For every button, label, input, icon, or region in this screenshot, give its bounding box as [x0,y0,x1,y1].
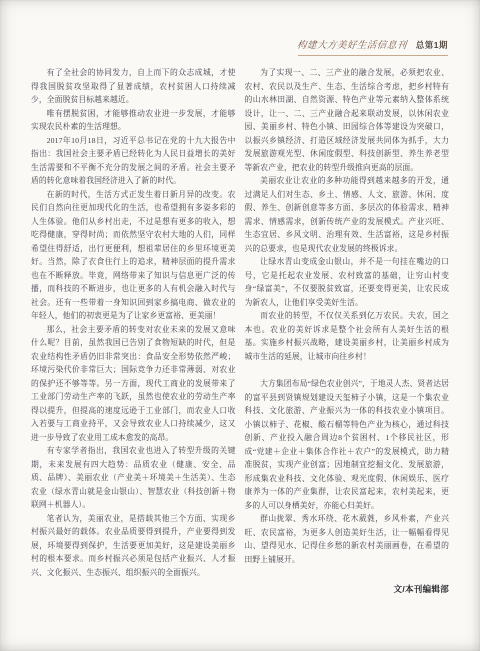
paragraph: 2017年10月18日，习近平总书记在党的十九大报告中指出：我国社会主要矛盾已经… [31,134,236,188]
paragraph: 美丽农业让农业的多种功能得到越来越多的开发，通过满足人们对生态、乡土、情感、人文… [245,174,450,255]
right-column: 为了实现一、二、三产业的融合发展，必须把农业、农村、农民以及生产、生态、生活综合… [245,66,450,641]
issue-number: 总第1期 [416,39,448,51]
paragraph: 笔者认为，美丽农业，是搭载其他三个方面、实现乡村振兴最好的载体。农业品质要得到提… [31,512,236,580]
paragraph: 有专家学者指出，我国农业也进入了转型升级的关键期，未来发展有四大趋势：品质农业（… [31,444,236,512]
scanned-magazine-page: 构建大方美好生活信息刊 总第1期 有了全社会的协同发力，自上而下的众志成城，才使… [0,0,480,651]
paragraph: 唯有摆脱贫困，才能够推动农业进一步发展，才能够实现农民朴素的生活理想。 [31,107,236,134]
masthead-title: 构建大方美好生活信息刊 [296,37,407,51]
article-body: 有了全社会的协同发力，自上而下的众志成城，才使得我国脱贫攻坚取得了显著成绩，农村… [31,66,449,641]
paragraph: 而农业的转型，不仅仅关系到亿万农民。夫农，国之本也。农业的美好诉求是整个社会所有… [245,309,450,363]
paragraph: 群山拢翠、秀水环绕、花木葳蕤，乡风朴素，产业兴旺、农民富裕，为更多人创造美好生活… [245,512,450,566]
paragraph: 有了全社会的协同发力，自上而下的众志成城，才使得我国脱贫攻坚取得了显著成绩，农村… [31,66,236,107]
editorial-signature: 文/本刊编辑部 [245,583,450,595]
left-column: 有了全社会的协同发力，自上而下的众志成城，才使得我国脱贫攻坚取得了显著成绩，农村… [31,66,236,641]
paragraph: 让绿水青山变成金山银山，并不是一句挂在嘴边的口号，它是托起农业发展、农村致富的基… [245,255,450,309]
paragraph: 在新的时代，生活方式正发生着日新月异的改变。农民们自然向往更加现代化的生活，也希… [31,188,236,323]
paragraph: 那么，社会主要矛盾的转变对农业未来的发展又意味什么呢？目前，虽然我国已告别了食物… [31,323,236,445]
paragraph: 为了实现一、二、三产业的融合发展，必须把农业、农村、农民以及生产、生态、生活综合… [245,66,450,174]
masthead-divider [298,55,448,56]
paragraph: 大方集团布局“绿色农业创兴”，于地灵人杰、贤者达居的富平县到贤镇规划建设天玺柿子… [245,377,450,512]
masthead: 构建大方美好生活信息刊 总第1期 [297,37,448,51]
